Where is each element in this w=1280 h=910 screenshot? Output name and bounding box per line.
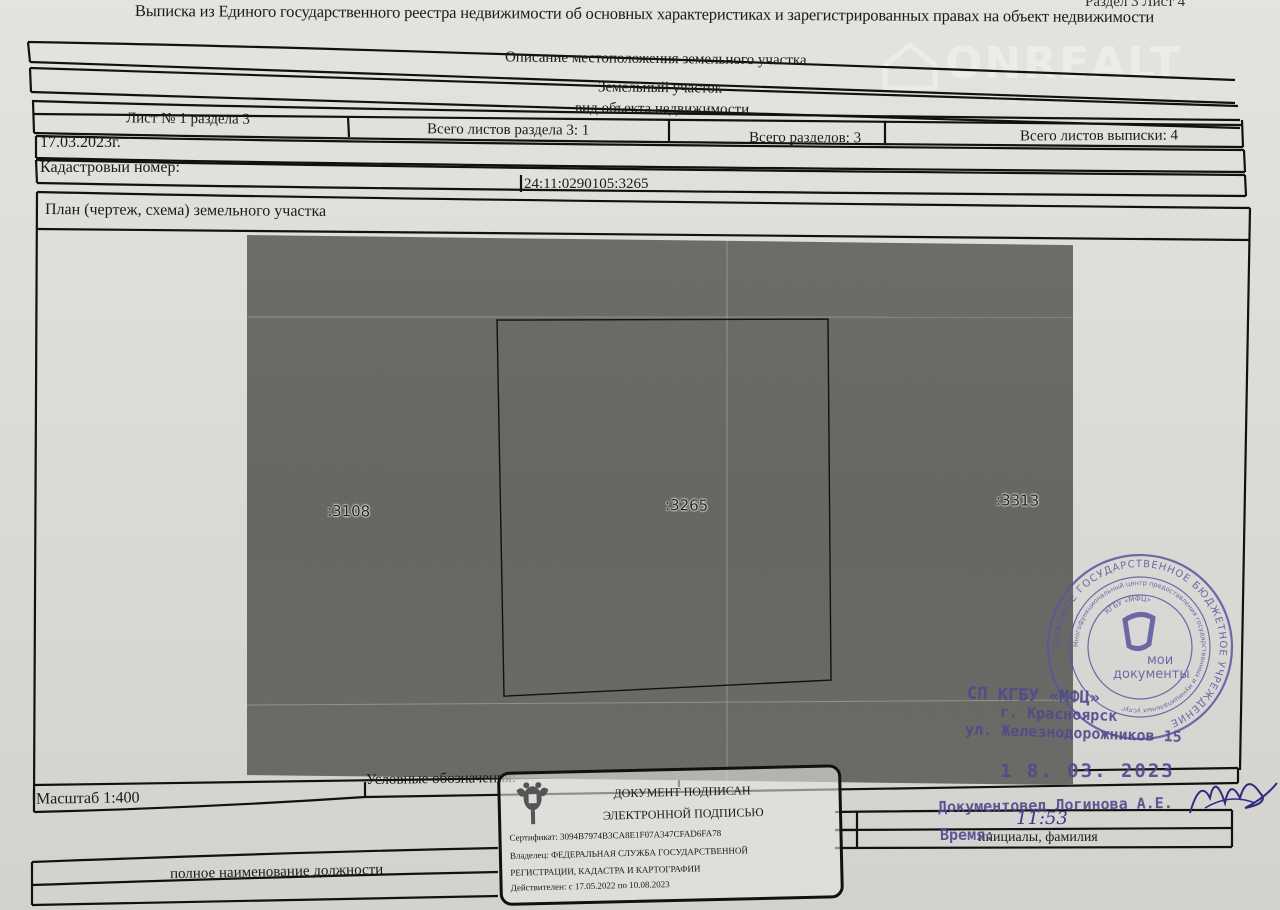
position-caption: полное наименование должности <box>170 862 384 883</box>
parcel-label-3265: :3265 <box>665 496 708 515</box>
handwritten-signature-icon <box>1185 768 1280 828</box>
moi-dokumenty-logo-icon <box>1125 614 1153 648</box>
document-page: Раздел 3 Лист 4 Выписка из Единого госуд… <box>0 0 1280 910</box>
parcel-label-3108: :3108 <box>327 502 370 521</box>
signature-validity: Действителен: с 17.05.2022 по 10.08.2023 <box>511 879 670 893</box>
extract-date: 17.03.2023г. <box>40 134 121 152</box>
russian-emblem-icon <box>512 780 553 827</box>
document-header-title: Выписка из Единого государственного реес… <box>135 1 1154 27</box>
total-extract-sheets: Всего листов выписки: 4 <box>1020 128 1178 146</box>
seal-center-line1: мои <box>1147 653 1173 668</box>
plan-title: План (чертеж, схема) земельного участка <box>45 201 326 221</box>
object-type-label: вид объекта недвижимости <box>575 100 749 119</box>
watermark-subtitle: недвижимость <box>990 92 1208 108</box>
section-title: Описание местоположения земельного участ… <box>505 49 807 69</box>
cadastral-label: Кадастровый номер: <box>40 159 180 177</box>
scale-label: Масштаб 1:400 <box>36 789 140 808</box>
initials-caption: инициалы, фамилия <box>978 830 1098 846</box>
cadastral-number: 24:11:0290105:3265 <box>524 176 648 193</box>
handwritten-time: 11:53 <box>1016 808 1068 829</box>
plan-grid-lines <box>247 235 1073 785</box>
signature-line2: ЭЛЕКТРОННОЙ ПОДПИСЬЮ <box>603 805 764 824</box>
signature-owner-line1: Владелец: ФЕДЕРАЛЬНАЯ СЛУЖБА ГОСУДАРСТВЕ… <box>510 845 748 860</box>
seal-center-line2: документы <box>1113 667 1190 682</box>
signature-certificate: Сертификат: 3094B7974B3CA8E1F07A347CFAD6… <box>509 828 721 843</box>
object-type-value: Земельный участок <box>598 79 722 97</box>
total-section-sheets: Всего листов раздела 3: 1 <box>427 121 589 139</box>
watermark-brand: ONREALT <box>945 38 1182 89</box>
total-sections: Всего разделов: 3 <box>749 130 861 148</box>
electronic-signature-box: ДОКУМЕНТ ПОДПИСАН ЭЛЕКТРОННОЙ ПОДПИСЬЮ С… <box>497 764 844 906</box>
legend-label: Условные обозначения: <box>366 770 516 789</box>
stamp-time-label: Время: <box>940 826 994 844</box>
watermark-house-icon <box>880 40 940 90</box>
sheet-number: Лист № 1 раздела 3 <box>126 110 250 128</box>
cadastral-plan-map: :3108 :3265 :3313 <box>247 235 1073 785</box>
parcel-label-3313: :3313 <box>996 491 1039 510</box>
stamp-date: 1 8. 03. 2023 <box>1000 760 1175 782</box>
signature-owner-line2: РЕГИСТРАЦИИ, КАДАСТРА И КАРТОГРАФИИ <box>510 863 700 877</box>
signature-line1: ДОКУМЕНТ ПОДПИСАН <box>613 783 750 801</box>
parcel-boundary-3265 <box>497 315 831 700</box>
